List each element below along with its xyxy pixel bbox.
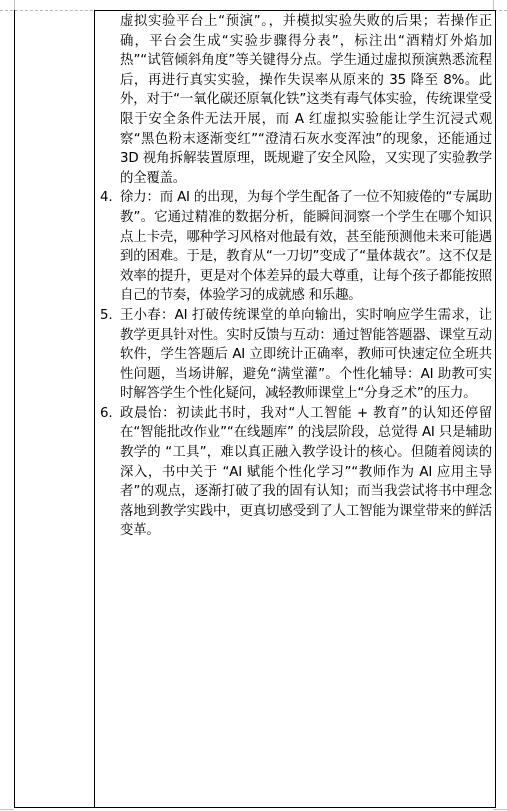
reflection-list: 虚拟实验平台上“预演”。，并模拟实验失败的后果；若操作正确，平台会生成“实验步骤… — [100, 12, 492, 541]
margin-mark-bottom-left — [0, 809, 14, 810]
item-text: 虚拟实验平台上“预演”。，并模拟实验失败的后果；若操作正确，平台会生成“实验步骤… — [120, 14, 492, 186]
item-text: 王小春：AI 打破传统课堂的单向输出，实时响应学生需求，让教学更具针对性。实时反… — [120, 308, 492, 401]
item-number: 6. — [100, 404, 120, 424]
margin-mark-top-right — [493, 0, 494, 10]
item-text: 政晨怡：初读此书时，我对“人工智能 + 教育”的认知还停留在“智能批改作业”“在… — [120, 406, 492, 539]
list-item-zheng-chenyi: 6. 政晨怡：初读此书时，我对“人工智能 + 教育”的认知还停留在“智能批改作业… — [100, 404, 492, 541]
document-table: 虚拟实验平台上“预演”。，并模拟实验失败的后果；若操作正确，平台会生成“实验步骤… — [14, 10, 496, 808]
item-number: 5. — [100, 306, 120, 326]
item-number: 4. — [100, 188, 120, 208]
list-item-wang-xiaochun: 5. 王小春：AI 打破传统课堂的单向输出，实时响应学生需求，让教学更具针对性。… — [100, 306, 492, 404]
margin-mark-top-left — [14, 0, 15, 10]
margin-mark-bottom-right — [493, 809, 507, 810]
item-text: 徐力：而 AI 的出现，为每个学生配备了一位不知疲倦的“专属助教”。它通过精准的… — [120, 190, 492, 303]
table-cell-content[interactable]: 虚拟实验平台上“预演”。，并模拟实验失败的后果；若操作正确，平台会生成“实验步骤… — [95, 10, 495, 808]
list-item-xu-li: 4. 徐力：而 AI 的出现，为每个学生配备了一位不知疲倦的“专属助教”。它通过… — [100, 188, 492, 306]
list-item-continued: 虚拟实验平台上“预演”。，并模拟实验失败的后果；若操作正确，平台会生成“实验步骤… — [100, 12, 492, 188]
